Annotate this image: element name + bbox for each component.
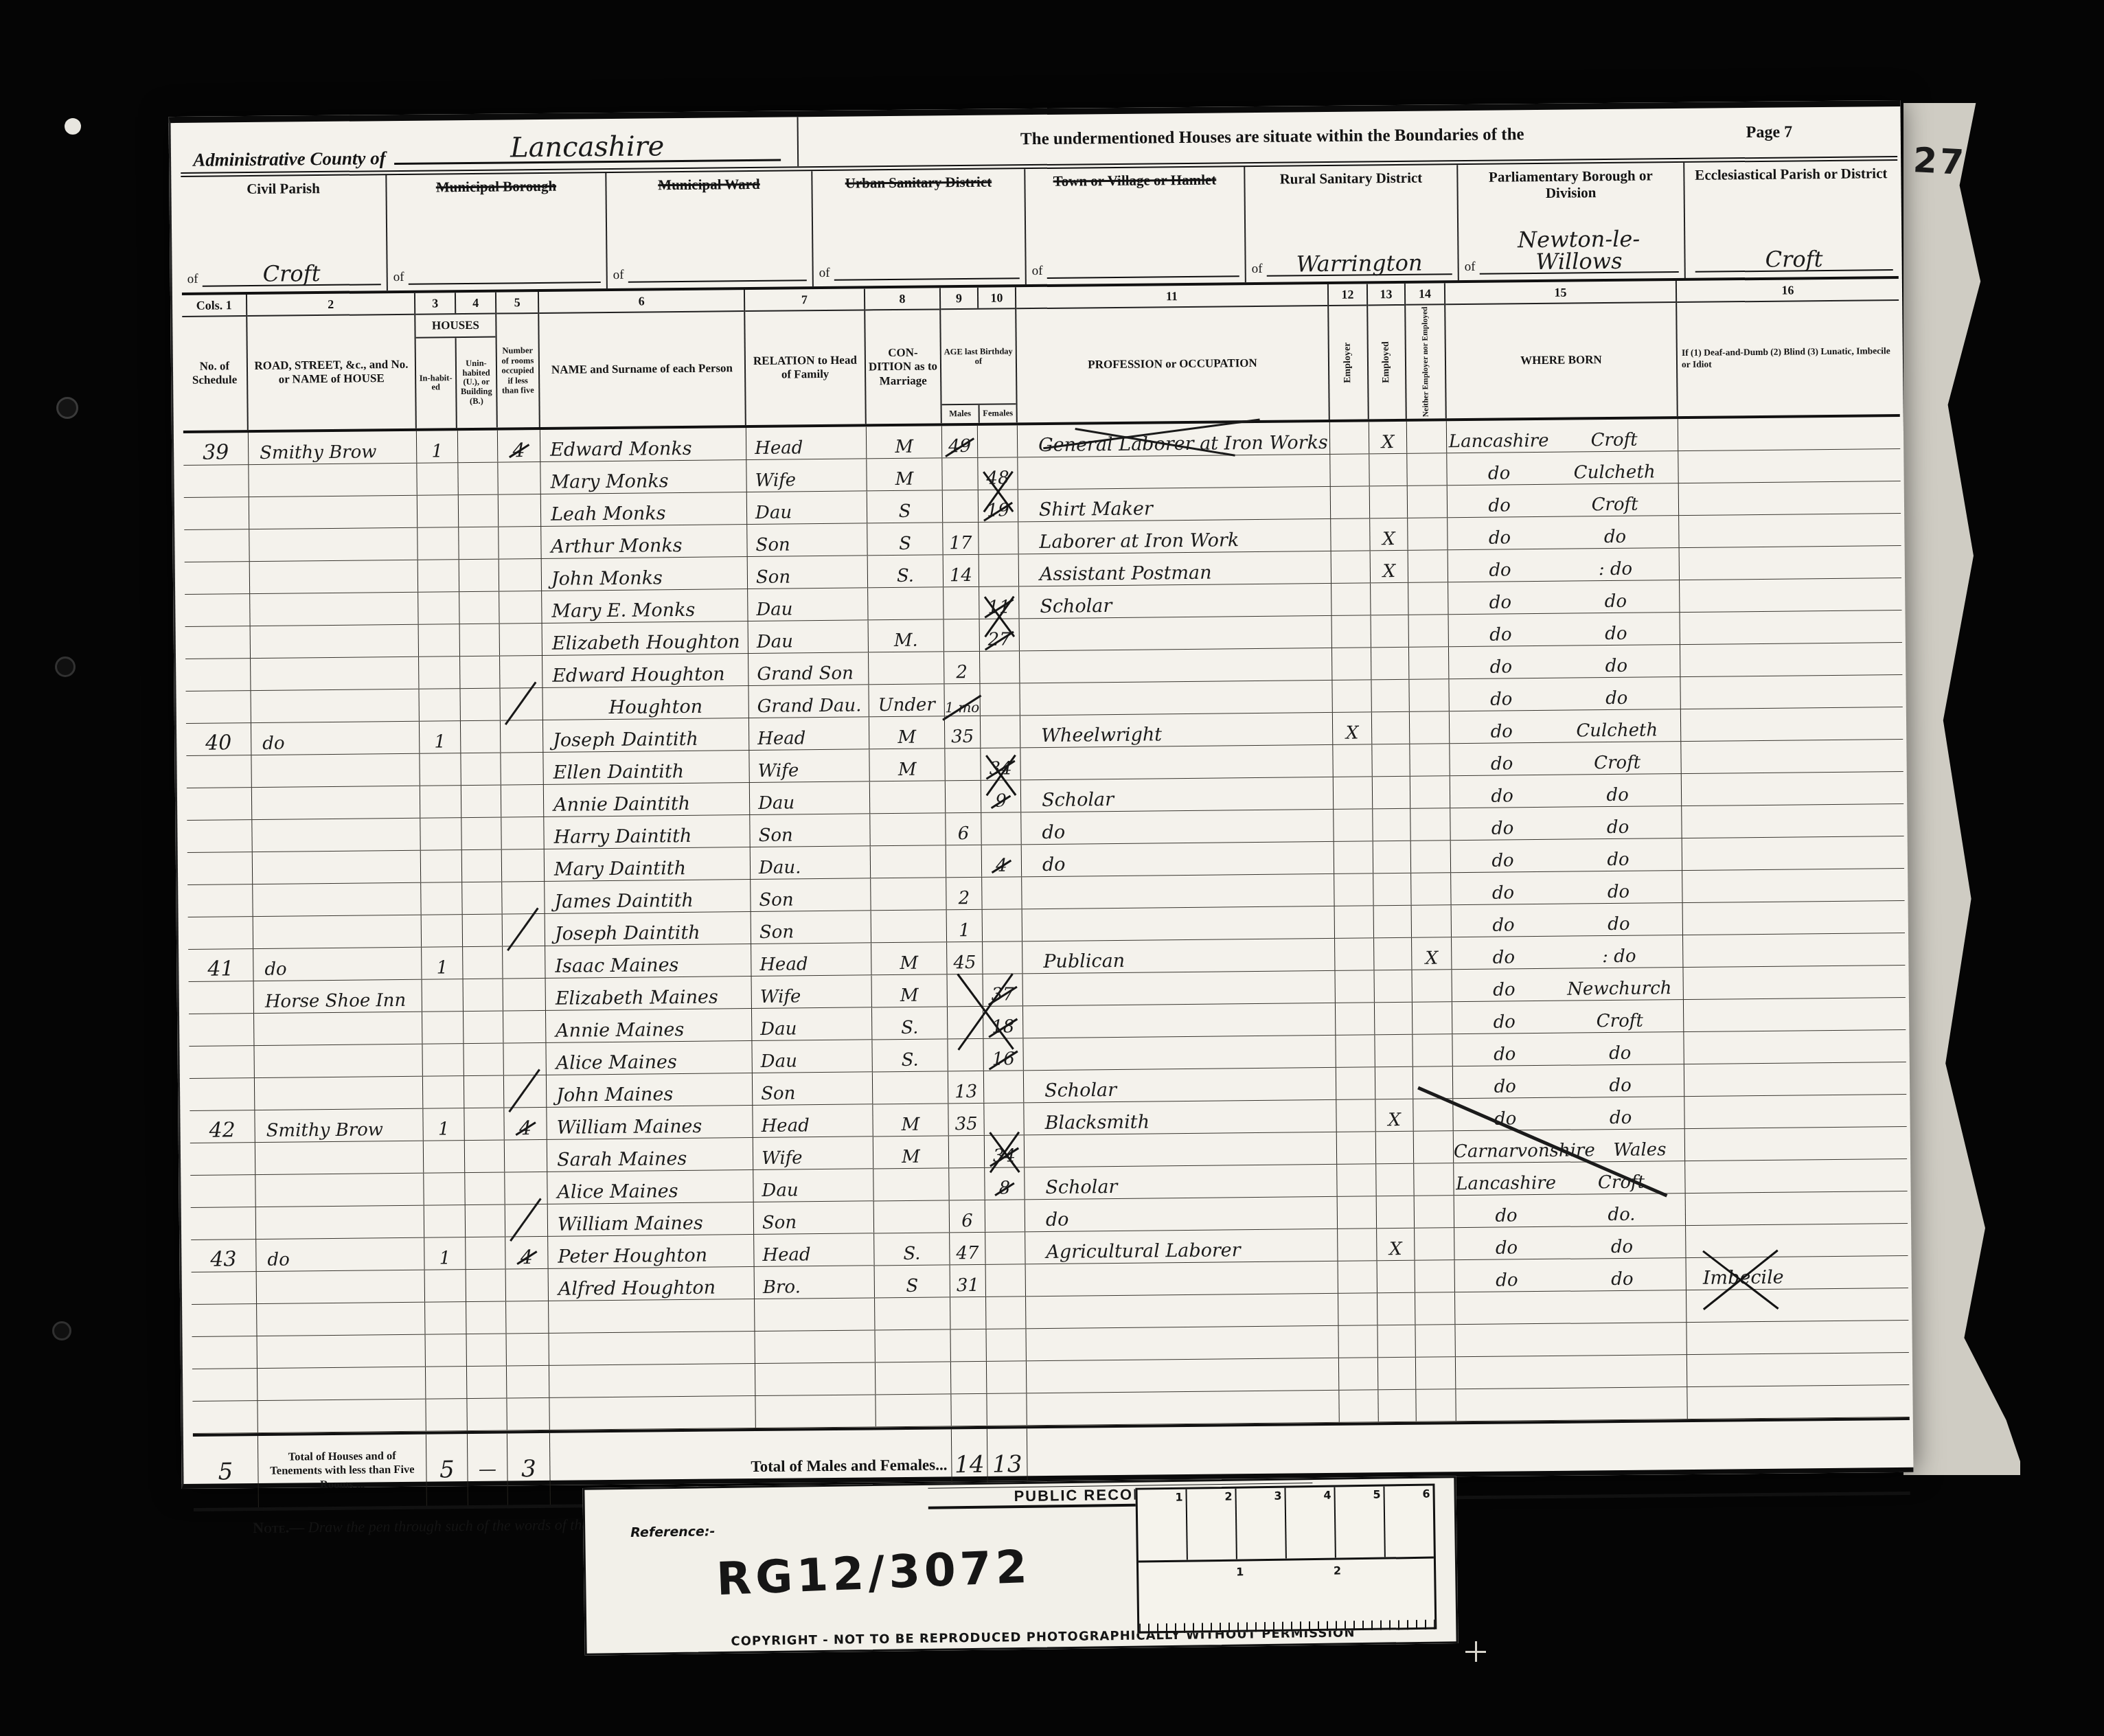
cell-schedule: 42 — [190, 1110, 255, 1143]
col-rooms: 5 Number of rooms occupied if less than … — [496, 292, 540, 427]
cell-name: William Maines — [547, 1106, 753, 1139]
tally-tick — [508, 1069, 540, 1112]
cell-name: Annie Daintith — [544, 783, 750, 816]
cell-age-male: 47 — [950, 1232, 985, 1264]
cell-relation: Head — [749, 717, 869, 750]
district-value-line: ofWarrington — [1251, 246, 1452, 277]
cell-neither — [1407, 421, 1447, 453]
district-label: Rural Sanitary District — [1250, 169, 1451, 187]
cell-condition: S — [875, 1265, 950, 1297]
cell-employed: X — [1370, 518, 1408, 551]
cell-schedule: 41 — [188, 949, 253, 981]
cell-uninhabited — [463, 914, 503, 946]
cell-name: Ellen Daintith — [543, 751, 749, 784]
cell-rooms — [499, 494, 541, 527]
punch-hole — [56, 397, 78, 419]
cell-neither — [1408, 550, 1448, 582]
cell-condition: Under — [869, 684, 944, 716]
cell-age-male — [948, 974, 983, 1006]
cell-road: Horse Shoe Inn — [254, 979, 422, 1012]
cell-uninhabited — [461, 817, 501, 849]
cell-inhabited: 1 — [417, 431, 458, 463]
district-label: Municipal Borough — [392, 177, 599, 196]
cell-inhabited — [418, 592, 459, 624]
cell-employed — [1374, 938, 1412, 970]
cell-condition — [869, 652, 944, 684]
cell-condition — [871, 910, 947, 942]
cell-neither — [1411, 841, 1451, 873]
cell-age-female — [984, 1103, 1024, 1135]
cell-age-female — [981, 812, 1021, 845]
cell-occupation: Wheelwright — [1020, 713, 1333, 747]
cell-condition: S. — [872, 1039, 948, 1071]
cell-employed — [1374, 906, 1412, 938]
cell-condition: S. — [874, 1233, 950, 1265]
cell-employed — [1375, 1035, 1413, 1067]
cell-occupation: Assistant Postman — [1019, 551, 1331, 586]
cell-schedule — [187, 820, 252, 852]
cell-where-born: dodo — [1454, 1226, 1686, 1259]
cell-rooms — [503, 914, 545, 946]
cell-age-male: 1 mo — [944, 684, 980, 716]
cell-infirmity — [1684, 1095, 1906, 1128]
cell-age-female — [987, 1361, 1027, 1393]
cell-uninhabited — [458, 462, 498, 494]
cell-schedule: 39 — [183, 433, 249, 465]
cell-infirmity — [1682, 836, 1904, 870]
cell-uninhabited — [461, 785, 501, 817]
cell-infirmity — [1680, 643, 1902, 676]
cell-relation: Son — [753, 1072, 873, 1105]
col-age-females: Females — [979, 404, 1016, 423]
cell-name: Isaac Maines — [545, 944, 751, 978]
cell-road — [257, 1270, 425, 1303]
punch-hole — [55, 656, 76, 677]
table-body: 39Smithy Brow14Edward MonksHeadM49Genera… — [183, 417, 1910, 1434]
cell-rooms — [507, 1366, 549, 1398]
cell-infirmity — [1682, 772, 1903, 806]
cell-neither — [1413, 1034, 1452, 1066]
cell-age-female: 18 — [983, 1006, 1023, 1038]
cell-age-female — [986, 1297, 1026, 1329]
district-municipal-borough: Municipal Boroughof — [387, 173, 608, 290]
cell-uninhabited — [462, 849, 502, 882]
cell-inhabited — [423, 1076, 464, 1108]
cell-occupation: General Laborer at Iron Works — [1018, 422, 1330, 457]
cell-uninhabited — [459, 527, 499, 559]
cell-schedule — [189, 981, 254, 1014]
col-neither: 14 Neither Employer nor Employed — [1406, 283, 1447, 418]
cell-infirmity — [1686, 1321, 1908, 1354]
district-label: Urban Sanitary District — [818, 173, 1018, 192]
cell-occupation: Laborer at Iron Work — [1018, 519, 1331, 553]
col-uninhabited: Unin-habited (U.), or Building (B.) — [455, 338, 496, 428]
cell-occupation — [1022, 906, 1335, 941]
cell-relation: Dau. — [751, 846, 871, 879]
cell-rooms — [503, 1011, 546, 1043]
col-name: 6 NAME and Surname of each Person — [539, 290, 746, 427]
cell-age-female — [983, 909, 1022, 941]
cell-rooms — [501, 753, 543, 785]
cell-name — [549, 1332, 755, 1365]
cell-condition — [870, 813, 946, 845]
cell-uninhabited — [463, 946, 503, 979]
pro-reference-stamp: PUBLIC RECORD OFFICE Reference:- RG12/30… — [582, 1476, 1458, 1656]
cell-age-female: 19 — [979, 490, 1018, 522]
cell-employed: X — [1377, 1228, 1415, 1260]
cell-age-female — [982, 877, 1022, 909]
cell-infirmity: Imbecile — [1686, 1256, 1908, 1290]
cell-schedule — [190, 1143, 255, 1175]
cell-neither — [1412, 905, 1452, 937]
cell-neither — [1413, 1002, 1452, 1034]
totals-uninhabited: — — [468, 1433, 508, 1505]
cell-name — [549, 1364, 755, 1397]
col-schedule: Cols. 1 No. of Schedule — [182, 295, 249, 431]
cell-employer — [1332, 648, 1371, 680]
col-condition: 8 CON-DITION as to Marriage — [865, 288, 942, 424]
cell-age-male — [946, 845, 982, 877]
cell-employed — [1378, 1357, 1416, 1389]
cell-where-born: dodo — [1451, 871, 1682, 904]
cell-occupation: Publican — [1022, 939, 1335, 973]
cell-road — [250, 592, 418, 625]
reference-label: Reference:- — [630, 1524, 715, 1540]
cell-occupation — [1027, 1391, 1339, 1425]
cell-employed — [1377, 1325, 1415, 1357]
cell-infirmity — [1683, 933, 1905, 967]
cell-condition — [873, 1168, 949, 1200]
cell-neither — [1415, 1292, 1455, 1325]
cell-where-born: CarnarvonshireWales — [1454, 1129, 1685, 1163]
cell-name: Joseph Daintith — [543, 718, 749, 752]
cell-uninhabited — [466, 1269, 506, 1301]
cell-age-female: 27 — [980, 619, 1020, 651]
cell-neither — [1409, 679, 1449, 711]
cell-where-born: dodo — [1450, 806, 1682, 840]
cell-neither — [1408, 518, 1448, 550]
cell-name: Mary Monks — [540, 460, 746, 494]
cell-where-born — [1456, 1355, 1687, 1389]
cell-employer — [1338, 1196, 1377, 1229]
tally-tick — [505, 681, 537, 725]
ruler-segment: 5 — [1335, 1487, 1385, 1558]
cell-uninhabited — [464, 1108, 504, 1140]
cell-where-born: dodo — [1449, 645, 1680, 678]
reference-number: RG12/3072 — [716, 1540, 1032, 1606]
cell-neither — [1408, 486, 1448, 518]
cell-schedule — [189, 1014, 254, 1046]
cell-infirmity — [1680, 675, 1902, 709]
cell-age-male — [948, 1007, 983, 1038]
cell-road — [251, 656, 419, 689]
cell-infirmity — [1684, 1062, 1906, 1096]
cell-age-male: 1 — [947, 910, 983, 941]
cell-condition — [868, 587, 944, 619]
cell-employer — [1331, 551, 1371, 583]
cell-road — [257, 1302, 425, 1335]
cell-road: do — [251, 721, 420, 754]
cell-relation — [755, 1298, 875, 1331]
cell-uninhabited — [464, 1011, 503, 1043]
cell-rooms — [501, 785, 544, 817]
cell-where-born: dodo — [1450, 774, 1682, 808]
cell-relation: Dau — [753, 1169, 873, 1202]
column-header-row: Cols. 1 No. of Schedule 2 ROAD, STREET, … — [182, 279, 1900, 433]
cell-infirmity — [1684, 1030, 1906, 1064]
cell-uninhabited — [464, 1075, 504, 1108]
cell-schedule — [187, 788, 252, 820]
cell-uninhabited — [460, 624, 500, 656]
cell-infirmity — [1685, 1127, 1907, 1161]
cell-age-female: 34 — [985, 1135, 1025, 1167]
cell-where-born: doCroft — [1448, 483, 1679, 517]
tally-tick — [510, 1198, 542, 1242]
cell-employed — [1371, 615, 1409, 648]
cell-name — [549, 1299, 755, 1333]
cell-name: Sarah Maines — [547, 1138, 753, 1172]
cell-where-born: dodo — [1448, 580, 1680, 614]
cell-age-male: 6 — [946, 813, 981, 845]
cell-schedule — [185, 691, 251, 723]
cell-age-female: 8 — [985, 1167, 1025, 1200]
cell-occupation — [1020, 616, 1332, 650]
cell-uninhabited — [461, 753, 501, 785]
cell-schedule — [184, 529, 249, 562]
cell-age-female — [979, 554, 1019, 586]
cell-where-born: dodo — [1449, 613, 1680, 646]
cell-relation: Dau — [752, 1007, 872, 1040]
col-age-males: Males — [942, 405, 979, 424]
cell-condition: S — [867, 523, 943, 555]
cell-employed — [1371, 680, 1409, 712]
cell-age-male: 35 — [945, 716, 981, 748]
cell-inhabited — [424, 1141, 465, 1173]
cell-occupation — [1023, 1036, 1336, 1070]
cell-infirmity — [1682, 869, 1904, 902]
cell-age-male — [948, 1039, 983, 1071]
cell-uninhabited — [464, 1043, 503, 1075]
cell-infirmity — [1681, 707, 1903, 741]
cell-name: John Maines — [547, 1073, 753, 1107]
cell-neither — [1416, 1389, 1456, 1421]
district-value-line: ofNewton-le-Willows — [1464, 227, 1679, 275]
cell-relation: Son — [751, 878, 871, 911]
district-civil-parish: Civil ParishofCroft — [181, 175, 388, 293]
cell-road — [253, 850, 421, 883]
cell-schedule — [185, 659, 251, 691]
cell-where-born — [1455, 1290, 1686, 1324]
district-label: Municipal Ward — [612, 175, 805, 194]
ruler-segment: 6 — [1384, 1486, 1433, 1557]
cell-age-female: 9 — [981, 780, 1021, 812]
cell-name: Harry Daintith — [544, 815, 750, 849]
district-header-row: Civil ParishofCroftMunicipal BoroughofMu… — [181, 161, 1899, 295]
cell-inhabited: 1 — [423, 1108, 464, 1141]
cell-relation — [755, 1395, 876, 1428]
cell-rooms — [505, 1140, 547, 1172]
cell-name: James Daintith — [545, 880, 751, 913]
cell-age-female — [983, 941, 1022, 974]
cell-name: Annie Maines — [546, 1009, 752, 1042]
cell-schedule — [187, 852, 253, 884]
cell-name: Mary E. Monks — [542, 589, 748, 623]
cell-employed — [1377, 1292, 1415, 1325]
cell-relation: Head — [746, 426, 867, 459]
district-value-line: Croft — [1691, 242, 1893, 273]
cell-road — [249, 463, 417, 496]
cell-employer — [1335, 906, 1374, 938]
cell-relation: Head — [754, 1233, 874, 1266]
cell-employer — [1334, 841, 1373, 873]
cell-infirmity — [1680, 546, 1901, 580]
cell-infirmity — [1683, 901, 1905, 935]
cell-employer — [1331, 486, 1370, 518]
district-municipal-ward: Municipal Wardof — [606, 171, 814, 288]
census-sheet: Administrative County of Lancashire The … — [168, 100, 1913, 1489]
cell-uninhabited — [465, 1172, 505, 1204]
cell-rooms: 4 — [504, 1108, 547, 1140]
cell-age-female: 11 — [979, 586, 1019, 619]
cell-condition: M — [867, 426, 942, 458]
cell-road — [258, 1399, 426, 1432]
cell-employed — [1372, 744, 1410, 777]
cell-road — [256, 1205, 424, 1238]
cell-neither — [1410, 776, 1450, 808]
cell-relation: Dau — [750, 781, 870, 814]
cell-condition: M — [871, 942, 947, 974]
ruler-segment: 2 — [1187, 1489, 1237, 1560]
cell-schedule — [192, 1336, 258, 1369]
cell-inhabited — [419, 656, 460, 689]
cell-rooms — [501, 817, 544, 849]
col-houses: 34 HOUSES In-habit-ed Unin-habited (U.),… — [415, 293, 498, 429]
cell-occupation: Scholar — [1025, 1165, 1337, 1199]
cell-occupation — [1027, 1358, 1339, 1393]
cell-infirmity — [1680, 578, 1901, 612]
cell-employed — [1375, 1003, 1413, 1035]
district-label: Civil Parish — [186, 179, 380, 198]
ruler-top-scale: 123456 — [1137, 1486, 1433, 1563]
ruler-segment: 4 — [1285, 1487, 1336, 1559]
cell-age-male: 49 — [942, 426, 978, 457]
cell-inhabited — [419, 624, 460, 656]
cell-employer — [1334, 873, 1373, 906]
cell-age-male — [942, 458, 978, 490]
cell-age-female — [986, 1264, 1026, 1297]
cell-age-male — [951, 1361, 987, 1393]
cell-neither: X — [1412, 937, 1452, 970]
cell-condition: M — [869, 749, 945, 781]
cell-employer — [1339, 1390, 1378, 1422]
cell-condition: M — [873, 1136, 949, 1168]
cell-name: Edward Houghton — [542, 654, 748, 687]
cell-occupation: do — [1025, 1197, 1338, 1231]
col-road: 2 ROAD, STREET, &c., and No. or NAME of … — [247, 293, 417, 430]
cell-rooms: 4 — [505, 1237, 548, 1269]
cell-relation: Grand Son — [748, 652, 869, 685]
cell-age-male: 17 — [943, 523, 979, 554]
cell-name: Elizabeth Maines — [546, 976, 752, 1010]
cell-neither — [1410, 711, 1450, 744]
cell-name: John Monks — [542, 557, 748, 591]
cell-rooms — [507, 1334, 549, 1366]
cell-relation: Head — [753, 1104, 873, 1137]
cell-relation — [755, 1330, 875, 1363]
cell-inhabited — [418, 560, 459, 592]
cell-infirmity — [1678, 417, 1900, 450]
cell-uninhabited — [466, 1204, 505, 1237]
cell-age-male — [944, 587, 979, 619]
cell-relation: Wife — [746, 459, 867, 492]
district-parliamentary-borough-or-division: Parliamentary Borough or DivisionofNewto… — [1458, 163, 1686, 280]
cell-employer — [1338, 1229, 1377, 1261]
cell-condition — [876, 1362, 951, 1394]
district-ecclesiastical-parish-or-district: Ecclesiastical Parish or DistrictCroft — [1684, 161, 1899, 278]
registration-mark — [1465, 1641, 1486, 1662]
cell-road — [250, 560, 418, 593]
cell-infirmity — [1684, 998, 1906, 1031]
cell-age-male — [943, 490, 979, 522]
cell-schedule — [183, 465, 249, 497]
cell-name: Leah Monks — [541, 492, 747, 526]
cell-road — [254, 1012, 422, 1044]
col-relation: 7 RELATION to Head of Family — [745, 288, 867, 424]
cell-uninhabited — [465, 1140, 505, 1172]
cell-where-born: dodo — [1451, 838, 1682, 872]
cell-schedule — [190, 1078, 255, 1110]
cell-relation: Grand Dau. — [748, 685, 869, 718]
cell-inhabited — [422, 915, 463, 947]
cell-employer — [1339, 1358, 1378, 1390]
cell-schedule — [189, 1046, 254, 1078]
cell-inhabited — [421, 850, 462, 882]
cell-age-female — [978, 425, 1018, 457]
cell-age-male — [944, 619, 980, 651]
cell-condition — [875, 1297, 950, 1329]
cell-condition — [871, 845, 946, 878]
cell-employed — [1372, 712, 1410, 744]
cell-age-female — [979, 522, 1018, 554]
cell-neither — [1407, 453, 1447, 486]
cell-occupation — [1023, 1003, 1336, 1038]
cell-age-male: 2 — [946, 878, 982, 909]
cell-road — [251, 753, 420, 786]
cell-rooms — [498, 462, 540, 494]
cell-rooms: 4 — [498, 430, 540, 462]
page-number: Page 7 — [1746, 106, 1897, 157]
ruler-segment: 1 — [1137, 1489, 1187, 1561]
cell-rooms — [499, 591, 542, 624]
cell-neither — [1409, 647, 1449, 679]
cell-condition: M. — [869, 619, 944, 652]
cell-road — [252, 818, 420, 851]
cell-occupation: do — [1021, 810, 1334, 844]
cell-name: William Maines — [548, 1202, 754, 1236]
cell-road — [258, 1334, 426, 1367]
cell-condition: S. — [868, 555, 944, 587]
cell-inhabited — [424, 1205, 466, 1237]
cell-employed — [1376, 1132, 1414, 1164]
cell-infirmity — [1686, 1288, 1908, 1322]
cell-condition — [870, 781, 946, 813]
cell-employed — [1378, 1389, 1416, 1421]
cell-infirmity — [1682, 804, 1903, 838]
cell-uninhabited — [467, 1334, 507, 1366]
cell-employed — [1370, 486, 1408, 518]
cell-condition: M — [869, 716, 945, 749]
cell-age-female — [987, 1393, 1027, 1426]
